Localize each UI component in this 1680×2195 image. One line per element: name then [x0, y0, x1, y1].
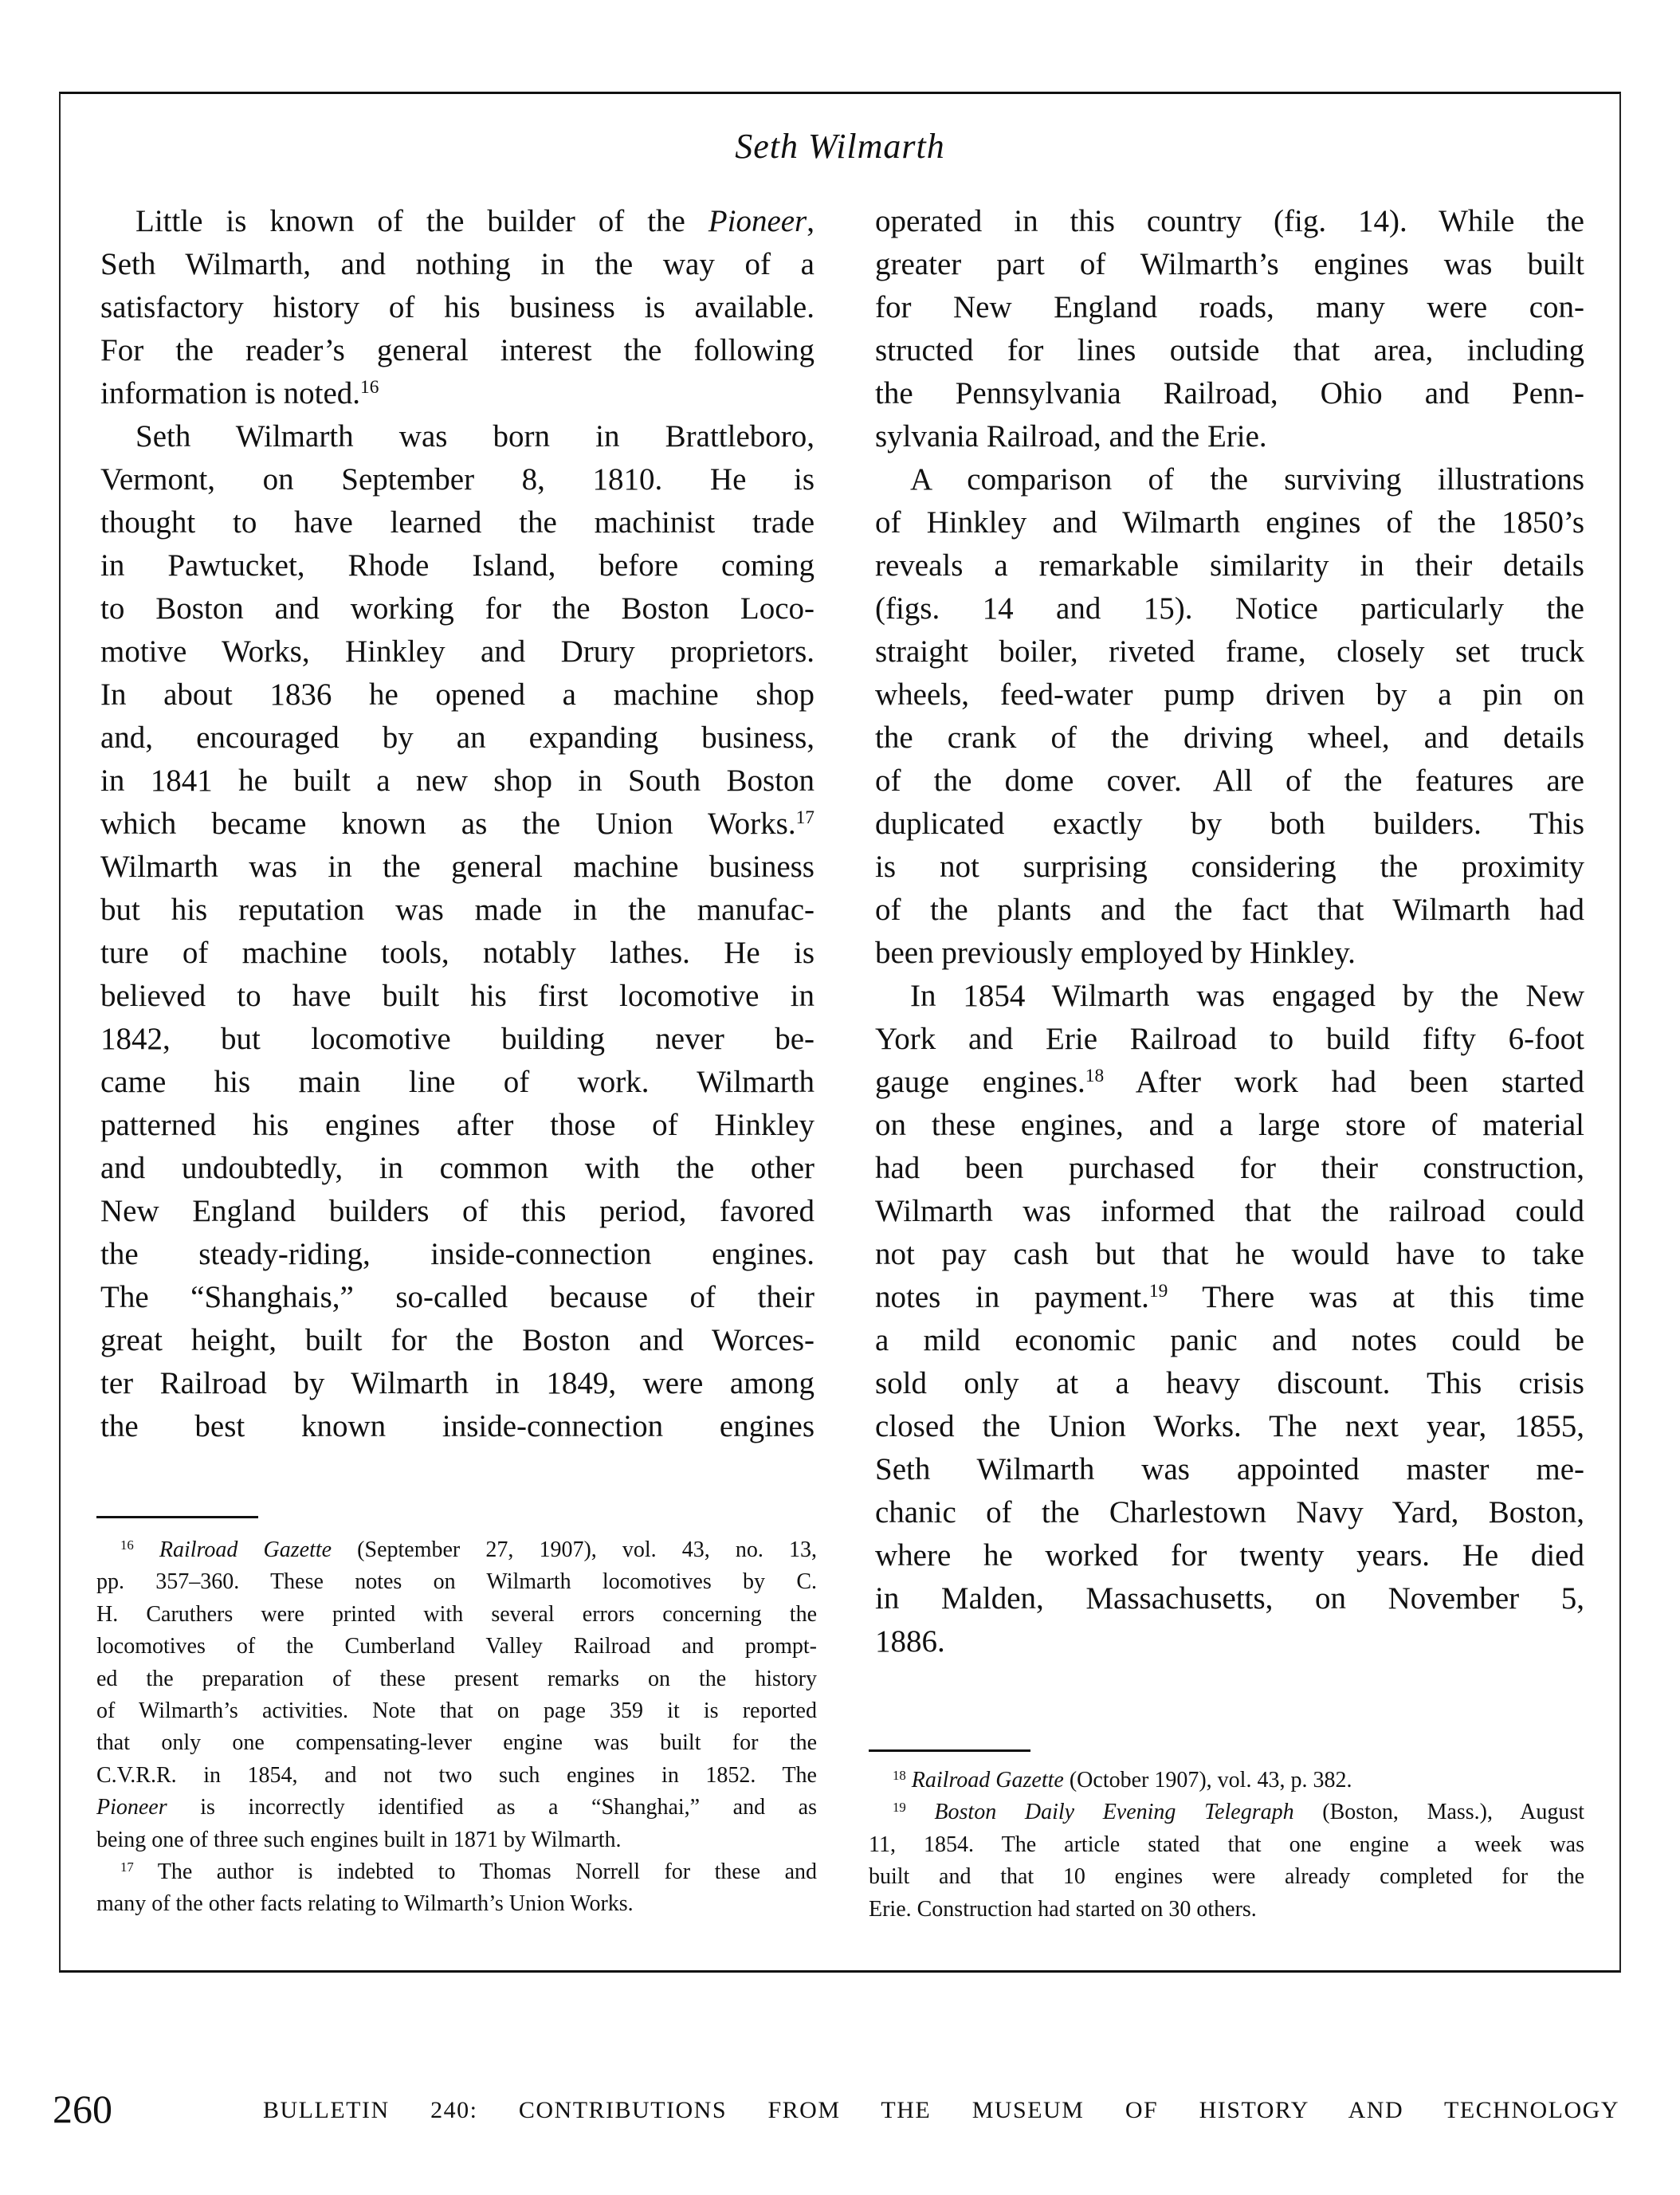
- running-footer: BULLETIN 240: CONTRIBUTIONS FROM THE MUS…: [263, 2095, 1619, 2126]
- footnote-ref: 18: [1085, 1066, 1104, 1086]
- text-segment: (September 27, 1907), vol. 43, no. 13,: [332, 1537, 817, 1562]
- text-segment: in Pawtucket, Rhode Island, before comin…: [100, 548, 814, 583]
- text-segment: 1842, but locomotive building never be-: [100, 1022, 814, 1056]
- text-line: satisfactory history of his business is …: [100, 286, 814, 329]
- text-segment: satisfactory history of his business is …: [100, 290, 814, 324]
- text-line: notes in payment.19 There was at this ti…: [875, 1276, 1584, 1319]
- text-line: ter Railroad by Wilmarth in 1849, were a…: [100, 1362, 814, 1405]
- text-segment: gauge engines.: [875, 1065, 1085, 1099]
- footnote-ref: 17: [796, 807, 814, 828]
- text-line: operated in this country (fig. 14). Whil…: [875, 200, 1584, 243]
- text-line: information is noted.16: [100, 372, 814, 415]
- footnote-line: 16 Railroad Gazette (September 27, 1907)…: [96, 1534, 817, 1566]
- text-segment: In 1854 Wilmarth was engaged by the New: [910, 979, 1584, 1013]
- text-segment: pp. 357–360. These notes on Wilmarth loc…: [96, 1569, 817, 1594]
- text-segment: structed for lines outside that area, in…: [875, 333, 1584, 367]
- footnote-line: many of the other facts relating to Wilm…: [96, 1888, 817, 1920]
- text-line: sylvania Railroad, and the Erie.: [875, 415, 1584, 458]
- text-segment: which became known as the Union Works.: [100, 807, 796, 841]
- footnote-ref: 16: [360, 377, 379, 398]
- text-segment: After work had been started: [1104, 1065, 1584, 1099]
- text-line: the crank of the driving wheel, and deta…: [875, 717, 1584, 760]
- text-segment: been previously employed by Hinkley.: [875, 936, 1356, 970]
- footnote-line: of Wilmarth’s activities. Note that on p…: [96, 1695, 817, 1727]
- footnote-line: built and that 10 engines were already c…: [869, 1861, 1584, 1893]
- text-segment: Wilmarth was informed that the railroad …: [875, 1194, 1584, 1228]
- text-segment: not pay cash but that he would have to t…: [875, 1237, 1584, 1271]
- text-segment: 11, 1854. The article stated that one en…: [869, 1832, 1584, 1857]
- text-segment: being one of three such engines built in…: [96, 1828, 622, 1852]
- footnotes-left: 16 Railroad Gazette (September 27, 1907)…: [96, 1534, 817, 1921]
- text-segment: reveals a remarkable similarity in their…: [875, 548, 1584, 583]
- text-line: not pay cash but that he would have to t…: [875, 1233, 1584, 1276]
- footnote-divider-right: [869, 1749, 1030, 1752]
- text-line: 1886.: [875, 1620, 1584, 1663]
- text-line: structed for lines outside that area, in…: [875, 329, 1584, 372]
- footnote-line: ed the preparation of these present rema…: [96, 1663, 817, 1695]
- text-segment: New England builders of this period, fav…: [100, 1194, 814, 1228]
- text-line: to Boston and working for the Boston Loc…: [100, 587, 814, 630]
- italic-text: Pioneer: [96, 1795, 167, 1820]
- footnote-ref: 17: [120, 1859, 134, 1875]
- footnote-line: Pioneer is incorrectly identified as a “…: [96, 1792, 817, 1824]
- text-segment: Little is known of the builder of the: [135, 204, 709, 238]
- page-number: 260: [53, 2087, 112, 2131]
- text-segment: chanic of the Charlestown Navy Yard, Bos…: [875, 1495, 1584, 1529]
- text-segment: There was at this time: [1168, 1280, 1584, 1314]
- text-segment: of Wilmarth’s activities. Note that on p…: [96, 1698, 817, 1723]
- text-segment: Seth Wilmarth was appointed master me-: [875, 1452, 1584, 1486]
- text-segment: closed the Union Works. The next year, 1…: [875, 1409, 1584, 1443]
- text-segment: many of the other facts relating to Wilm…: [96, 1891, 634, 1916]
- text-line: is not surprising considering the proxim…: [875, 846, 1584, 889]
- body-column-right: operated in this country (fig. 14). Whil…: [875, 200, 1584, 1663]
- footnote-ref: 16: [120, 1537, 134, 1553]
- text-line: sold only at a heavy discount. This cris…: [875, 1362, 1584, 1405]
- footnote-line: 17 The author is indebted to Thomas Norr…: [96, 1856, 817, 1888]
- text-segment: the crank of the driving wheel, and deta…: [875, 721, 1584, 755]
- text-line: in Pawtucket, Rhode Island, before comin…: [100, 544, 814, 587]
- text-segment: in Malden, Massachusetts, on November 5,: [875, 1581, 1584, 1616]
- footnote-line: Erie. Construction had started on 30 oth…: [869, 1894, 1584, 1926]
- text-line: In about 1836 he opened a machine shop: [100, 673, 814, 717]
- text-line: of Hinkley and Wilmarth engines of the 1…: [875, 501, 1584, 544]
- text-segment: [134, 1537, 159, 1562]
- text-line: great height, built for the Boston and W…: [100, 1319, 814, 1362]
- text-segment: thought to have learned the machinist tr…: [100, 505, 814, 540]
- italic-text: Boston Daily Evening Telegraph: [934, 1800, 1293, 1824]
- text-line: in 1841 he built a new shop in South Bos…: [100, 760, 814, 803]
- text-segment: The author is indebted to Thomas Norrell…: [134, 1859, 817, 1884]
- text-segment: C.V.R.R. in 1854, and not two such engin…: [96, 1763, 817, 1788]
- text-line: on these engines, and a large store of m…: [875, 1104, 1584, 1147]
- text-line: greater part of Wilmarth’s engines was b…: [875, 243, 1584, 286]
- footnote-line: locomotives of the Cumberland Valley Rai…: [96, 1631, 817, 1663]
- text-line: in Malden, Massachusetts, on November 5,: [875, 1577, 1584, 1620]
- footnotes-right: 18 Railroad Gazette (October 1907), vol.…: [869, 1765, 1584, 1926]
- text-line: Wilmarth was in the general machine busi…: [100, 846, 814, 889]
- text-segment: to Boston and working for the Boston Loc…: [100, 591, 814, 626]
- text-segment: York and Erie Railroad to build fifty 6-…: [875, 1022, 1584, 1056]
- text-segment: locomotives of the Cumberland Valley Rai…: [96, 1634, 817, 1659]
- text-line: Seth Wilmarth, and nothing in the way of…: [100, 243, 814, 286]
- text-line: which became known as the Union Works.17: [100, 803, 814, 846]
- text-segment: great height, built for the Boston and W…: [100, 1323, 814, 1357]
- text-segment: of Hinkley and Wilmarth engines of the 1…: [875, 505, 1584, 540]
- text-segment: ter Railroad by Wilmarth in 1849, were a…: [100, 1366, 814, 1400]
- text-segment: patterned his engines after those of Hin…: [100, 1108, 814, 1142]
- text-line: of the dome cover. All of the features a…: [875, 760, 1584, 803]
- text-line: York and Erie Railroad to build fifty 6-…: [875, 1018, 1584, 1061]
- text-line: 1842, but locomotive building never be-: [100, 1018, 814, 1061]
- footnote-line: C.V.R.R. in 1854, and not two such engin…: [96, 1760, 817, 1792]
- text-segment: is incorrectly identified as a “Shanghai…: [167, 1795, 817, 1820]
- text-line: the best known inside-connection engines: [100, 1405, 814, 1448]
- footnote-line: pp. 357–360. These notes on Wilmarth loc…: [96, 1566, 817, 1598]
- text-segment: Seth Wilmarth, and nothing in the way of…: [100, 247, 814, 281]
- text-line: for New England roads, many were con-: [875, 286, 1584, 329]
- text-line: A comparison of the surviving illustrati…: [875, 458, 1584, 501]
- text-segment: in 1841 he built a new shop in South Bos…: [100, 764, 814, 798]
- text-segment: but his reputation was made in the manuf…: [100, 893, 814, 927]
- text-line: chanic of the Charlestown Navy Yard, Bos…: [875, 1491, 1584, 1534]
- text-segment: the steady-riding, inside-connection eng…: [100, 1237, 814, 1271]
- text-segment: wheels, feed-water pump driven by a pin …: [875, 677, 1584, 712]
- text-line: motive Works, Hinkley and Drury propriet…: [100, 630, 814, 673]
- text-line: where he worked for twenty years. He die…: [875, 1534, 1584, 1577]
- footnote-ref: 19: [893, 1800, 906, 1815]
- text-segment: the Pennsylvania Railroad, Ohio and Penn…: [875, 376, 1584, 410]
- section-title: Seth Wilmarth: [0, 126, 1680, 167]
- text-line: closed the Union Works. The next year, 1…: [875, 1405, 1584, 1448]
- italic-text: Railroad Gazette: [159, 1537, 332, 1562]
- text-segment: and undoubtedly, in common with the othe…: [100, 1151, 814, 1185]
- text-line: ture of machine tools, notably lathes. H…: [100, 932, 814, 975]
- footnote-line: that only one compensating-lever engine …: [96, 1727, 817, 1759]
- text-segment: operated in this country (fig. 14). Whil…: [875, 204, 1584, 238]
- text-line: the steady-riding, inside-connection eng…: [100, 1233, 814, 1276]
- text-segment: The “Shanghais,” so-called because of th…: [100, 1280, 814, 1314]
- text-line: patterned his engines after those of Hin…: [100, 1104, 814, 1147]
- text-segment: ture of machine tools, notably lathes. H…: [100, 936, 814, 970]
- text-line: Vermont, on September 8, 1810. He is: [100, 458, 814, 501]
- text-line: but his reputation was made in the manuf…: [100, 889, 814, 932]
- text-line: thought to have learned the machinist tr…: [100, 501, 814, 544]
- text-line: For the reader’s general interest the fo…: [100, 329, 814, 372]
- text-segment: a mild economic panic and notes could be: [875, 1323, 1584, 1357]
- text-line: straight boiler, riveted frame, closely …: [875, 630, 1584, 673]
- footnote-ref: 18: [893, 1768, 906, 1783]
- text-segment: Seth Wilmarth was born in Brattleboro,: [135, 419, 814, 454]
- text-line: Wilmarth was informed that the railroad …: [875, 1190, 1584, 1233]
- text-segment: A comparison of the surviving illustrati…: [910, 462, 1584, 497]
- text-line: Seth Wilmarth was appointed master me-: [875, 1448, 1584, 1491]
- text-line: (figs. 14 and 15). Notice particularly t…: [875, 587, 1584, 630]
- footnote-line: 18 Railroad Gazette (October 1907), vol.…: [869, 1765, 1584, 1796]
- text-segment: on these engines, and a large store of m…: [875, 1108, 1584, 1142]
- text-segment: In about 1836 he opened a machine shop: [100, 677, 814, 712]
- text-segment: is not surprising considering the proxim…: [875, 850, 1584, 884]
- text-segment: the best known inside-connection engines: [100, 1409, 814, 1443]
- text-segment: straight boiler, riveted frame, closely …: [875, 634, 1584, 669]
- footnote-divider-left: [96, 1516, 258, 1518]
- text-line: Seth Wilmarth was born in Brattleboro,: [100, 415, 814, 458]
- footnote-line: 11, 1854. The article stated that one en…: [869, 1829, 1584, 1861]
- text-line: and undoubtedly, in common with the othe…: [100, 1147, 814, 1190]
- text-line: duplicated exactly by both builders. Thi…: [875, 803, 1584, 846]
- text-segment: had been purchased for their constructio…: [875, 1151, 1584, 1185]
- text-line: of the plants and the fact that Wilmarth…: [875, 889, 1584, 932]
- text-line: Little is known of the builder of the Pi…: [100, 200, 814, 243]
- text-segment: greater part of Wilmarth’s engines was b…: [875, 247, 1584, 281]
- text-line: believed to have built his first locomot…: [100, 975, 814, 1018]
- text-segment: (October 1907), vol. 43, p. 382.: [1064, 1768, 1352, 1793]
- text-segment: sold only at a heavy discount. This cris…: [875, 1366, 1584, 1400]
- text-segment: For the reader’s general interest the fo…: [100, 333, 814, 367]
- text-segment: where he worked for twenty years. He die…: [875, 1538, 1584, 1573]
- text-line: came his main line of work. Wilmarth: [100, 1061, 814, 1104]
- text-line: gauge engines.18 After work had been sta…: [875, 1061, 1584, 1104]
- text-segment: information is noted.: [100, 376, 360, 410]
- text-segment: that only one compensating-lever engine …: [96, 1730, 817, 1755]
- footnote-ref: 19: [1149, 1281, 1168, 1302]
- text-segment: 1886.: [875, 1624, 945, 1659]
- footnote-line: H. Caruthers were printed with several e…: [96, 1599, 817, 1631]
- text-segment: for New England roads, many were con-: [875, 290, 1584, 324]
- text-segment: motive Works, Hinkley and Drury propriet…: [100, 634, 814, 669]
- text-segment: duplicated exactly by both builders. Thi…: [875, 807, 1584, 841]
- text-segment: Erie. Construction had started on 30 oth…: [869, 1897, 1257, 1922]
- body-column-left: Little is known of the builder of the Pi…: [100, 200, 814, 1448]
- text-segment: believed to have built his first locomot…: [100, 979, 814, 1013]
- text-segment: (figs. 14 and 15). Notice particularly t…: [875, 591, 1584, 626]
- text-segment: H. Caruthers were printed with several e…: [96, 1602, 817, 1627]
- text-line: New England builders of this period, fav…: [100, 1190, 814, 1233]
- text-segment: built and that 10 engines were already c…: [869, 1864, 1584, 1889]
- footnote-line: 19 Boston Daily Evening Telegraph (Bosto…: [869, 1796, 1584, 1828]
- text-line: wheels, feed-water pump driven by a pin …: [875, 673, 1584, 717]
- text-line: the Pennsylvania Railroad, Ohio and Penn…: [875, 372, 1584, 415]
- text-segment: Wilmarth was in the general machine busi…: [100, 850, 814, 884]
- text-line: a mild economic panic and notes could be: [875, 1319, 1584, 1362]
- italic-text: Railroad Gazette: [912, 1768, 1064, 1793]
- italic-text: Pioneer: [709, 204, 807, 238]
- text-segment: and, encouraged by an expanding business…: [100, 721, 814, 755]
- text-segment: ed the preparation of these present rema…: [96, 1667, 817, 1691]
- text-segment: (Boston, Mass.), August: [1294, 1800, 1584, 1824]
- text-segment: [906, 1800, 935, 1824]
- footnote-line: being one of three such engines built in…: [96, 1824, 817, 1856]
- text-segment: Vermont, on September 8, 1810. He is: [100, 462, 814, 497]
- text-segment: of the dome cover. All of the features a…: [875, 764, 1584, 798]
- text-segment: of the plants and the fact that Wilmarth…: [875, 893, 1584, 927]
- text-segment: [906, 1768, 912, 1793]
- text-segment: came his main line of work. Wilmarth: [100, 1065, 814, 1099]
- text-line: reveals a remarkable similarity in their…: [875, 544, 1584, 587]
- text-segment: ,: [807, 204, 814, 238]
- text-line: had been purchased for their constructio…: [875, 1147, 1584, 1190]
- text-segment: notes in payment.: [875, 1280, 1149, 1314]
- text-line: In 1854 Wilmarth was engaged by the New: [875, 975, 1584, 1018]
- text-line: and, encouraged by an expanding business…: [100, 717, 814, 760]
- text-line: The “Shanghais,” so-called because of th…: [100, 1276, 814, 1319]
- text-line: been previously employed by Hinkley.: [875, 932, 1584, 975]
- text-segment: sylvania Railroad, and the Erie.: [875, 419, 1267, 454]
